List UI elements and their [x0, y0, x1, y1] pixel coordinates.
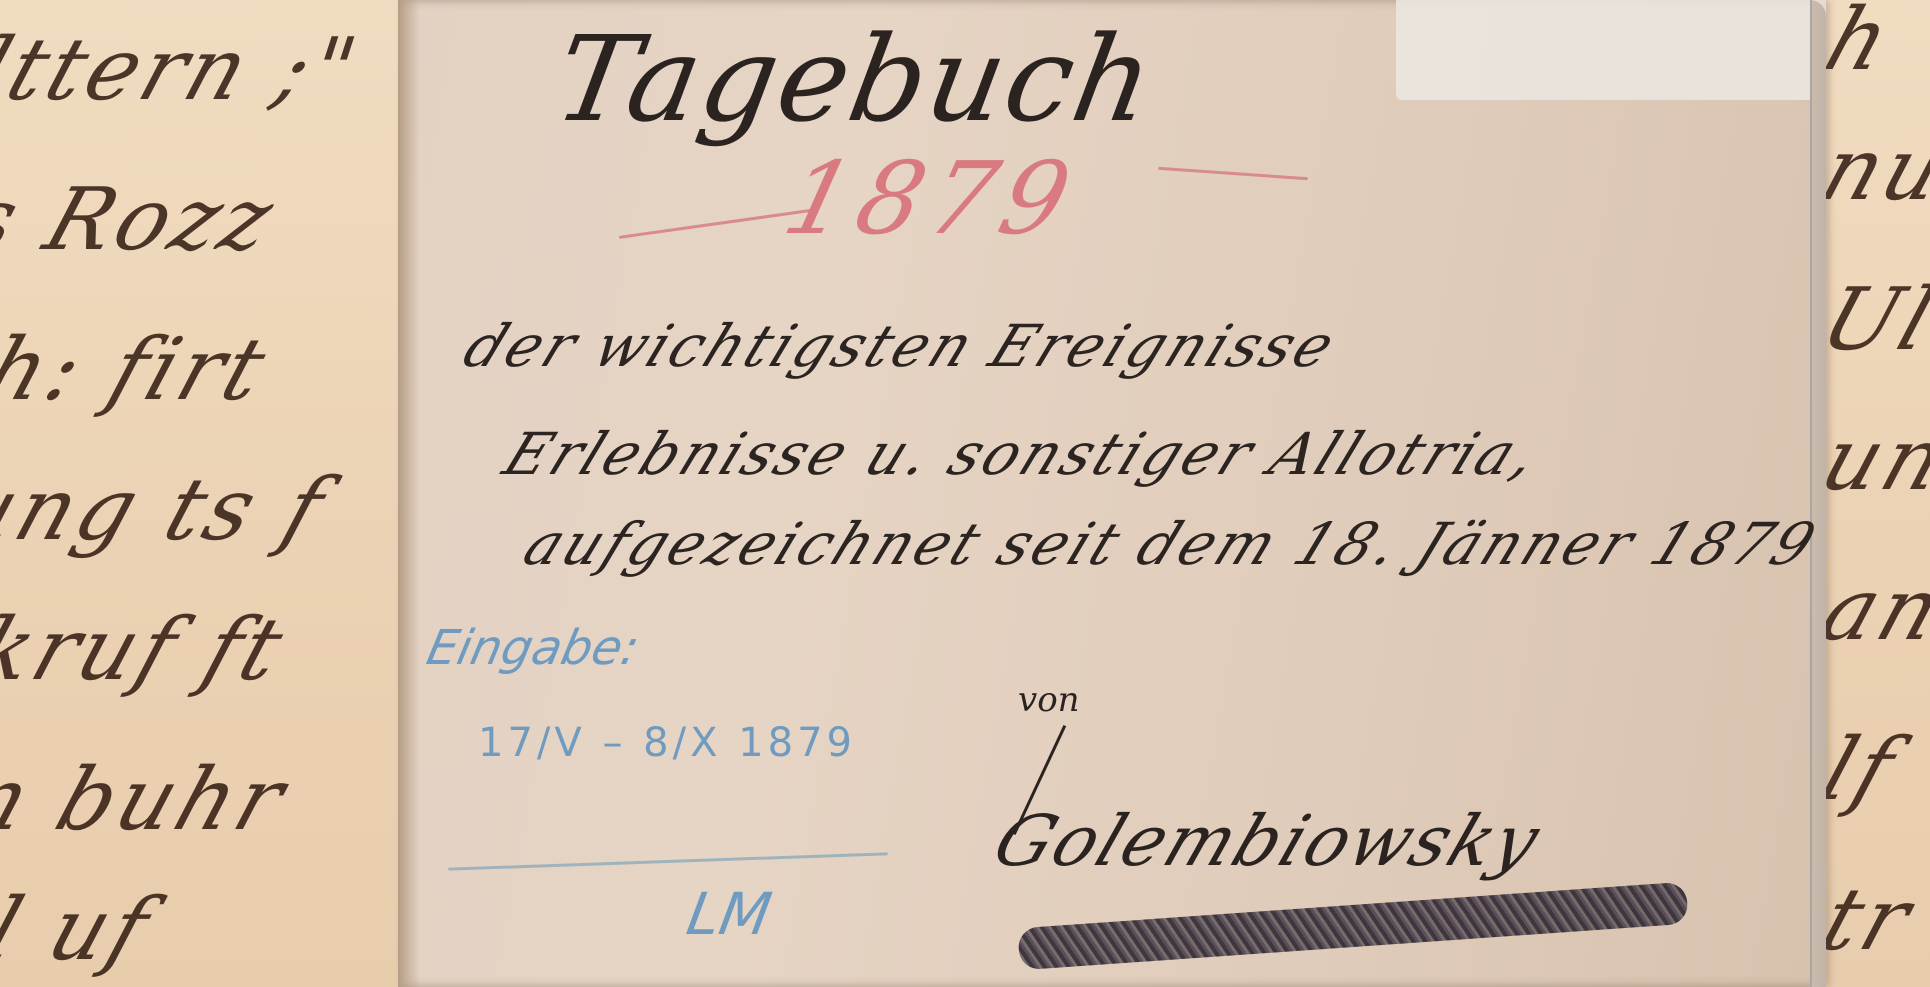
by-label: von: [1018, 680, 1080, 720]
document-photo: lttern ;" s Rozz h: firt ung ts f kruf f…: [0, 0, 1930, 987]
letter-line: lf: [1826, 720, 1910, 820]
diary-title: Tagebuch: [546, 10, 1165, 148]
letter-line: lttern ;": [0, 20, 372, 120]
crossed-out-text: [1017, 882, 1688, 971]
letter-line: n buhr: [0, 750, 300, 850]
letter-line: h: firt: [0, 320, 281, 420]
author-signature: Golembiowsky: [983, 800, 1552, 882]
blue-annotation-initials: LM: [682, 880, 776, 948]
letter-line: nu: [1826, 120, 1930, 220]
description-line-3: aufgezeichnet seit dem 18. Jänner 1879: [514, 510, 1826, 578]
letter-line: un: [1826, 410, 1930, 510]
letter-line: s Rozz: [0, 170, 289, 270]
letter-line: Ul: [1826, 270, 1930, 370]
letter-line: l uf: [0, 880, 164, 980]
year-red-ink: 1879: [773, 140, 1089, 257]
letter-line: h: [1826, 0, 1906, 90]
diary-cover-page: Tagebuch 1879 der wichtigsten Ereignisse…: [398, 0, 1826, 987]
letter-line: ung ts f: [0, 460, 339, 560]
blue-annotation-dates: 17/V – 8/X 1879: [478, 720, 856, 766]
page-edge: [1810, 0, 1826, 987]
red-swash-right: [1158, 167, 1308, 180]
description-line-2: Erlebnisse u. sonstiger Allotria,: [494, 420, 1551, 488]
blue-underline: [448, 852, 888, 870]
blue-annotation-label: Eingabe:: [422, 620, 644, 676]
background-letter-right: h nu Ul un an lf tr: [1826, 0, 1930, 987]
letter-line: tr: [1826, 870, 1926, 970]
page-corner-light: [1396, 0, 1826, 100]
background-letter-left: lttern ;" s Rozz h: firt ung ts f kruf f…: [0, 0, 400, 987]
letter-line: kruf ft: [0, 600, 298, 700]
description-line-1: der wichtigsten Ereignisse: [454, 312, 1347, 380]
letter-line: an: [1826, 560, 1930, 660]
